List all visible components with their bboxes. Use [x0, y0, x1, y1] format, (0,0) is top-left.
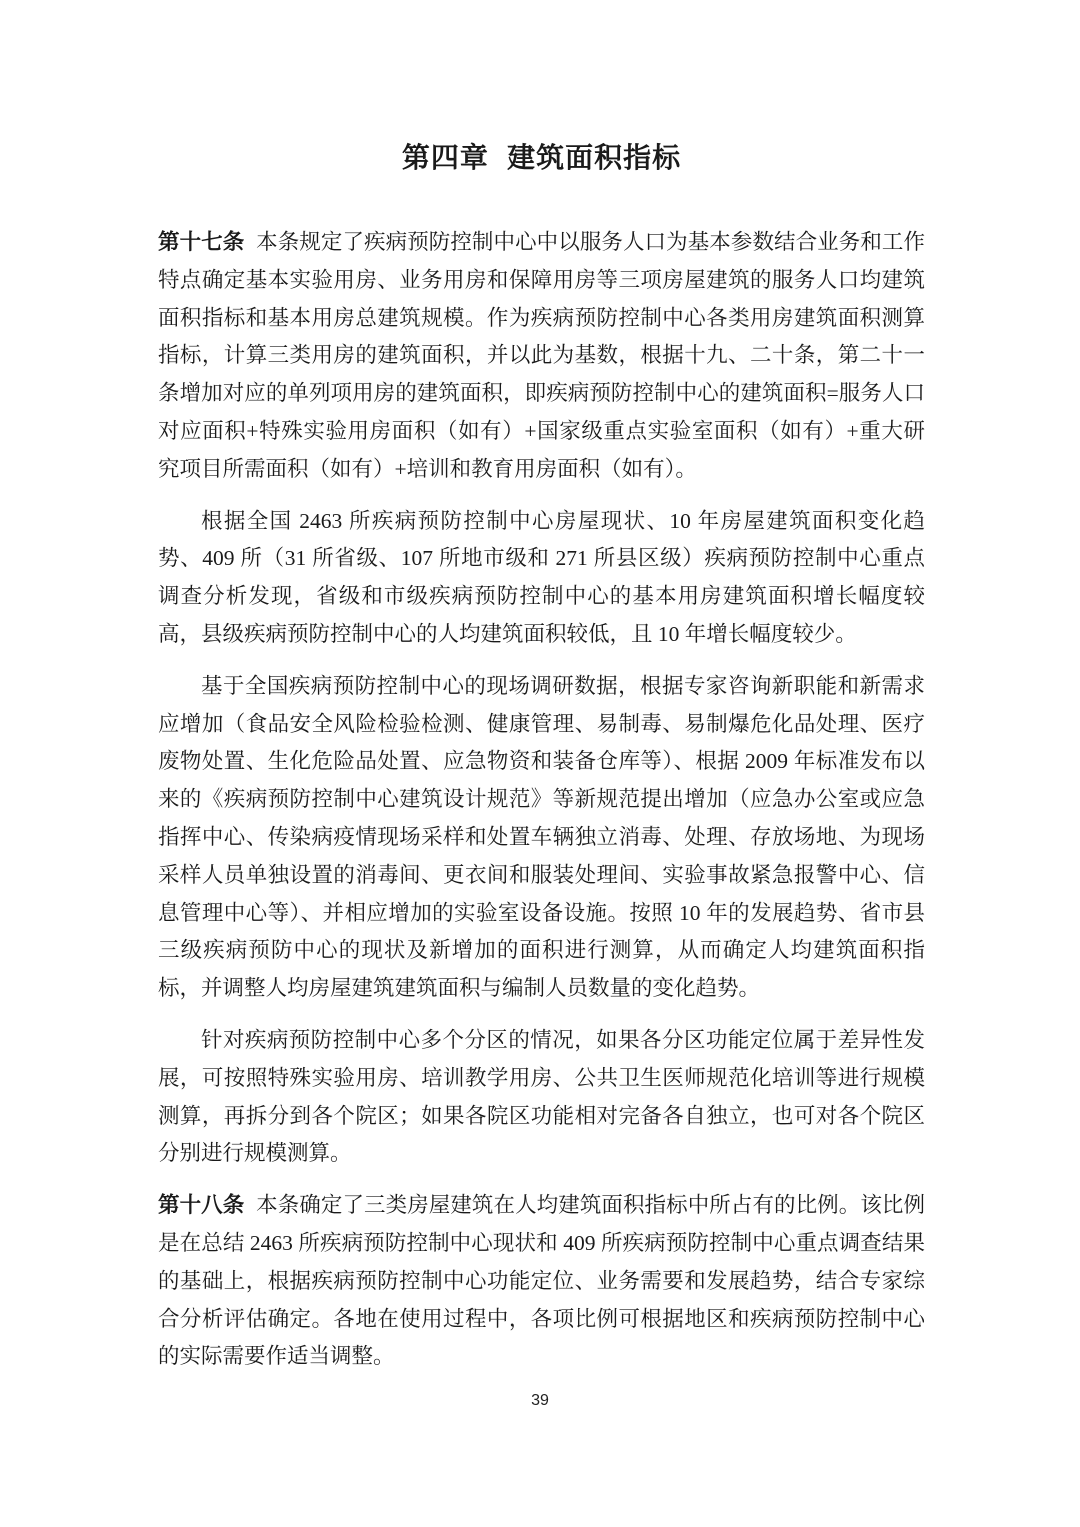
paragraph-field-research-text: 基于全国疾病预防控制中心的现场调研数据，根据专家咨询新职能和新需求应增加（食品安…: [158, 674, 925, 1000]
document-page: 第四章建筑面积指标 第十七条本条规定了疾病预防控制中心中以服务人口为基本参数结合…: [0, 0, 1080, 1527]
paragraph-article-18: 第十八条本条确定了三类房屋建筑在人均建筑面积指标中所占有的比例。该比例是在总结 …: [158, 1187, 925, 1376]
paragraph-multi-campus: 针对疾病预防控制中心多个分区的情况，如果各分区功能定位属于差异性发展，可按照特殊…: [158, 1022, 925, 1173]
paragraph-article-17: 第十七条本条规定了疾病预防控制中心中以服务人口为基本参数结合业务和工作特点确定基…: [158, 224, 925, 489]
article-18-label: 第十八条: [158, 1193, 244, 1217]
article-17-label: 第十七条: [158, 230, 244, 254]
paragraph-national-survey-text: 根据全国 2463 所疾病预防控制中心房屋现状、10 年房屋建筑面积变化趋势、4…: [158, 509, 925, 646]
article-17-text: 本条规定了疾病预防控制中心中以服务人口为基本参数结合业务和工作特点确定基本实验用…: [158, 230, 925, 481]
page-number: 39: [0, 1392, 1080, 1410]
paragraph-multi-campus-text: 针对疾病预防控制中心多个分区的情况，如果各分区功能定位属于差异性发展，可按照特殊…: [158, 1028, 925, 1165]
chapter-number: 第四章: [402, 143, 489, 174]
chapter-title: 第四章建筑面积指标: [158, 140, 925, 178]
paragraph-national-survey: 根据全国 2463 所疾病预防控制中心房屋现状、10 年房屋建筑面积变化趋势、4…: [158, 503, 925, 654]
paragraph-field-research: 基于全国疾病预防控制中心的现场调研数据，根据专家咨询新职能和新需求应增加（食品安…: [158, 668, 925, 1008]
article-18-text: 本条确定了三类房屋建筑在人均建筑面积指标中所占有的比例。该比例是在总结 2463…: [158, 1193, 925, 1368]
chapter-name: 建筑面积指标: [507, 143, 681, 174]
